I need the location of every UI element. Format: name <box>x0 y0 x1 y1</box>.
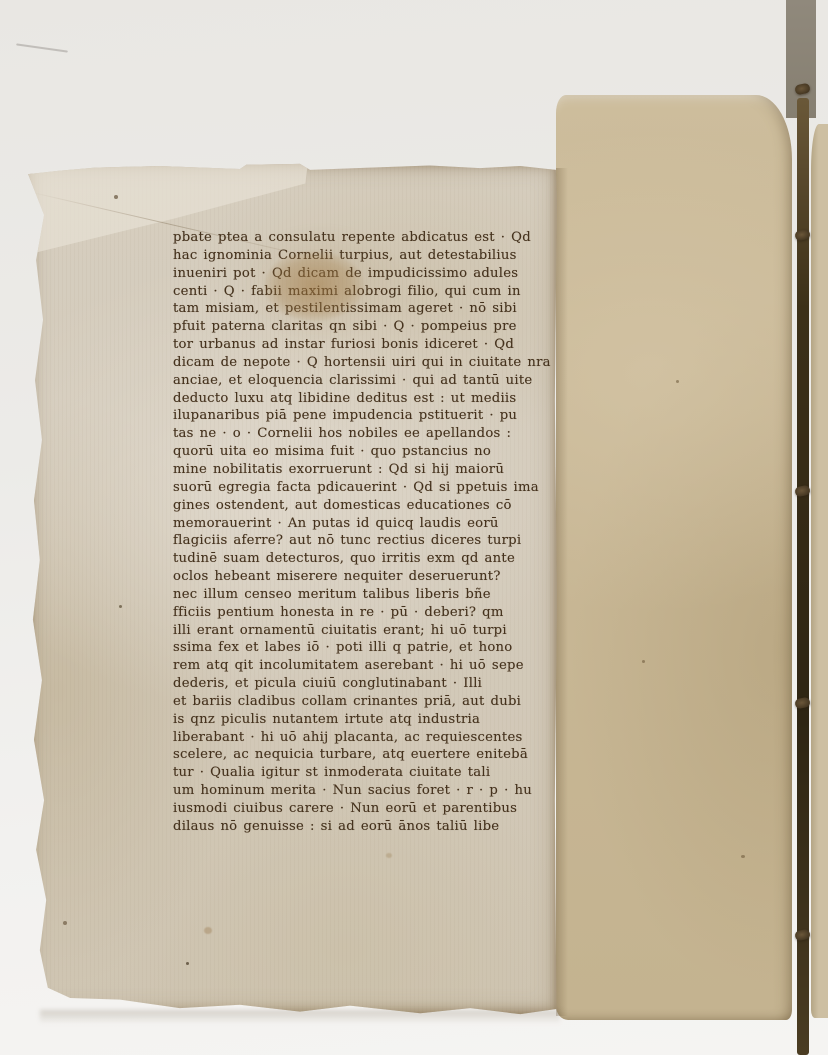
binding-gutter <box>797 98 809 1055</box>
manuscript-leaf: pbate ptea a consulatu repente abdicatus… <box>26 163 558 1015</box>
text-line: nec illum censeo meritum talibus liberis… <box>173 586 555 604</box>
text-line: illi erant ornamentū ciuitatis erant; hi… <box>173 622 555 640</box>
text-line: dilaus nō genuisse : si ad eorū ānos tal… <box>173 818 555 836</box>
text-line: ilupanaribus piā pene impudencia pstitue… <box>173 407 555 425</box>
spot <box>63 921 67 925</box>
flyleaf-right <box>556 95 792 1020</box>
text-line: is qnz piculis nutantem irtute atq indus… <box>173 711 555 729</box>
text-line: tudinē suam detecturos, quo irritis exm … <box>173 550 555 568</box>
text-line: fficiis pentium honesta in re · pū · deb… <box>173 604 555 622</box>
leaf-shadow <box>40 1010 560 1024</box>
facing-page-edge <box>811 124 828 1018</box>
text-line: scelere, ac nequicia turbare, atq euerte… <box>173 746 555 764</box>
spot <box>119 605 122 608</box>
photo-backdrop: pbate ptea a consulatu repente abdicatus… <box>0 0 828 1055</box>
speck <box>741 855 745 858</box>
text-line: dederis, et picula ciuiū conglutinabant … <box>173 675 555 693</box>
text-line: tur · Qualia igitur st inmoderata ciuita… <box>173 764 555 782</box>
text-line: suorū egregia facta pdicauerint · Qd si … <box>173 479 555 497</box>
text-line: ssima fex et labes iō · poti illi q patr… <box>173 639 555 657</box>
spot <box>204 927 212 934</box>
spot <box>186 962 189 965</box>
text-line: dicam de nepote · Q hortensii uiri qui i… <box>173 354 555 372</box>
text-line: memorauerint · An putas id quicq laudis … <box>173 515 555 533</box>
leaf-shadow <box>556 168 568 1016</box>
spot <box>114 195 118 199</box>
text-line: mine nobilitatis exorruerunt : Qd si hij… <box>173 461 555 479</box>
text-line: rem atq qit incolumitatem aserebant · hi… <box>173 657 555 675</box>
speck <box>676 380 679 383</box>
text-line: anciae, et eloquencia clarissimi · qui a… <box>173 372 555 390</box>
text-line: oclos hebeant miserere nequiter deseruer… <box>173 568 555 586</box>
spot <box>386 853 392 858</box>
text-line: et bariis cladibus collam crinantes priā… <box>173 693 555 711</box>
text-line: um hominum merita · Nun sacius foret · r… <box>173 782 555 800</box>
text-line: gines ostendent, aut domesticas educatio… <box>173 497 555 515</box>
text-line: flagiciis aferre? aut nō tunc rectius di… <box>173 532 555 550</box>
text-line: quorū uita eo misima fuit · quo pstanciu… <box>173 443 555 461</box>
text-line: tas ne · o · Cornelii hos nobiles ee ape… <box>173 425 555 443</box>
text-line: tor urbanus ad instar furiosi bonis idic… <box>173 336 555 354</box>
text-line: deducto luxu atq libidine deditus est : … <box>173 390 555 408</box>
backdrop-scratch-mark <box>16 43 68 52</box>
speck <box>642 660 645 663</box>
text-line: iusmodi ciuibus carere · Nun eorū et par… <box>173 800 555 818</box>
text-line: liberabant · hi uō ahij placanta, ac req… <box>173 729 555 747</box>
ink-stain <box>264 251 364 321</box>
